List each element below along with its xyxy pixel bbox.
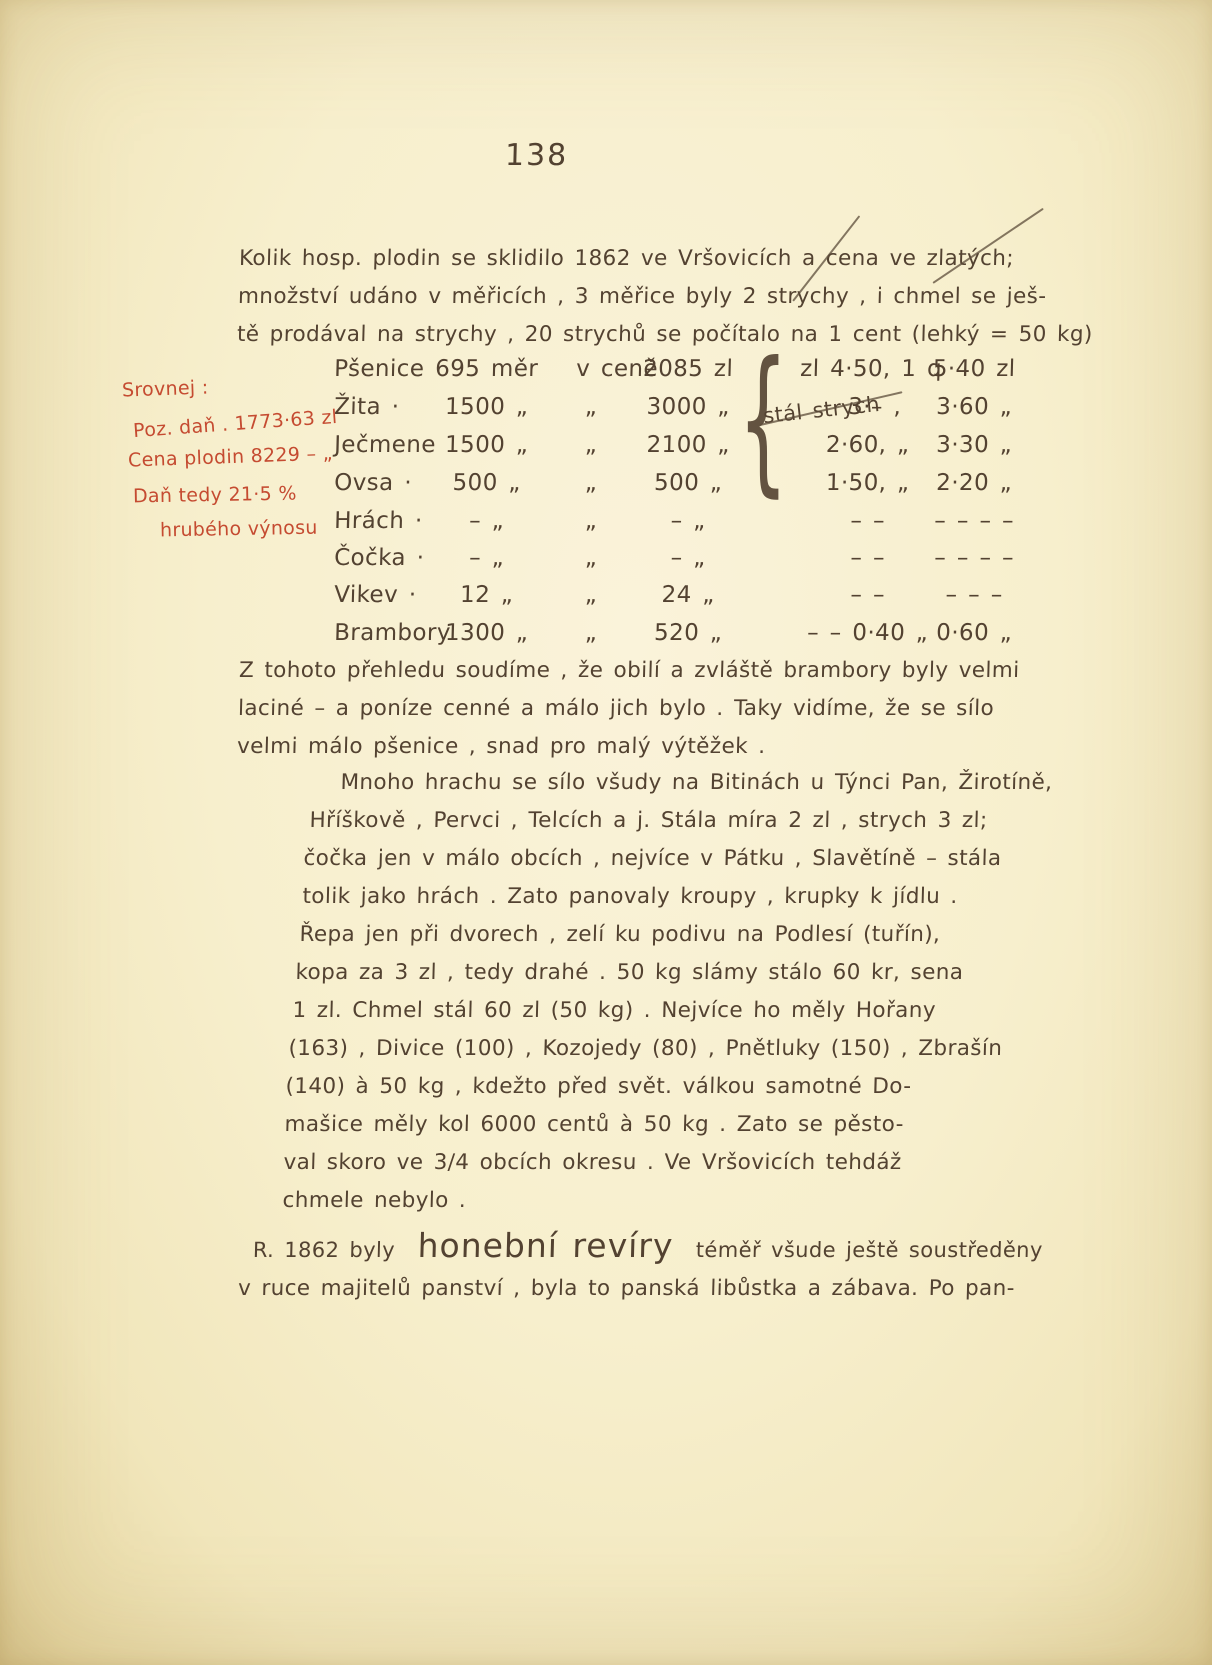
price-low: 2·60, „ [800, 432, 936, 458]
closing-suffix: téměř všude ještě soustředěny [696, 1238, 1044, 1262]
chmel-line: (163) , Divice (100) , Kozojedy (80) , P… [288, 1030, 1046, 1068]
crop-value: – „ [628, 508, 749, 534]
crop-quantity: 500 „ [424, 470, 550, 496]
chmel-line: Hříškově , Pervci , Telcích a j. Stála m… [309, 802, 1052, 840]
manuscript-page: 138 Kolik hosp. plodin se sklidilo 1862 … [0, 0, 1212, 1665]
crop-value: 2085 zl [628, 356, 749, 382]
ditto-mark: „ [576, 582, 607, 608]
chmel-line: čočka jen v málo obcích , nejvíce v Pátk… [303, 840, 1051, 878]
price-low: – – [800, 508, 936, 534]
crop-name: Žita · [334, 394, 400, 420]
price-low: 1·50, „ [800, 470, 936, 496]
price-low: – – 0·40 „ [800, 620, 936, 646]
chmel-paragraph: Mnoho hrachu se sílo všudy na Bitinách u… [282, 764, 1053, 1220]
closing-prefix: R. 1862 byly [253, 1238, 396, 1262]
ditto-mark: „ [576, 394, 607, 420]
crop-value: – „ [628, 545, 749, 571]
page-number: 138 [505, 138, 569, 173]
crop-name: Čočka · [334, 545, 425, 571]
crop-value: 520 „ [628, 620, 749, 646]
summary-line: laciné – a poníze cenné a málo jich bylo… [238, 690, 1020, 728]
ditto-mark: „ [576, 508, 607, 534]
ditto-mark: „ [576, 470, 607, 496]
summary-line: Z tohoto přehledu soudíme , že obilí a z… [238, 652, 1020, 690]
chmel-line: val skoro ve 3/4 obcích okresu . Ve Vršo… [283, 1144, 1043, 1182]
table-row: Čočka · – „ „ – „ – – – – – – [0, 545, 1212, 583]
crop-value: 500 „ [628, 470, 749, 496]
crop-name: Pšenice [334, 356, 425, 382]
chmel-line: (140) à 50 kg , kdežto před svět. válkou… [285, 1068, 1045, 1106]
chmel-line: 1 zl. Chmel stál 60 zl (50 kg) . Nejvíce… [292, 992, 1047, 1030]
chmel-line: mašice měly kol 6000 centů à 50 kg . Zat… [284, 1106, 1044, 1144]
chmel-line: tolik jako hrách . Zato panovaly kroupy … [302, 878, 1050, 916]
price-high: 0·60 „ [928, 620, 1021, 646]
crop-name: Ovsa · [334, 470, 413, 496]
summary-line: velmi málo pšenice , snad pro malý výtěž… [237, 728, 1019, 766]
margin-note-line: hrubého výnosu [160, 517, 318, 542]
price-high: 3·30 „ [928, 432, 1021, 458]
crop-quantity: – „ [424, 545, 550, 571]
ditto-mark: v ceně [576, 356, 607, 382]
crop-name: Ječmene [334, 432, 436, 458]
crop-value: 24 „ [628, 582, 749, 608]
price-high: – – – [928, 582, 1021, 608]
crop-quantity: 1500 „ [424, 432, 550, 458]
chmel-line: kopa za 3 zl , tedy drahé . 50 kg slámy … [295, 954, 1048, 992]
chmel-line: Mnoho hrachu se sílo všudy na Bitinách u… [340, 764, 1053, 802]
chmel-line: Řepa jen při dvorech , zelí ku podivu na… [299, 916, 1049, 954]
price-high: 5·40 zl [928, 356, 1021, 382]
price-low: – – [800, 545, 936, 571]
chmel-line: chmele nebylo . [282, 1182, 1042, 1220]
closing-line-1: R. 1862 byly honební revíry téměř všude … [252, 1226, 1043, 1265]
summary-paragraph: Z tohoto přehledu soudíme , že obilí a z… [237, 652, 1021, 766]
closing-highlight: honební revíry [417, 1226, 674, 1265]
price-low: – – [800, 582, 936, 608]
crop-value: 3000 „ [628, 394, 749, 420]
closing-line-2: v ruce majitelů panství , byla to panská… [238, 1270, 1016, 1308]
crop-quantity: 1300 „ [424, 620, 550, 646]
crop-value: 2100 „ [628, 432, 749, 458]
crop-name: Hrách · [334, 508, 423, 534]
price-low: zl 4·50, 1 q [800, 356, 936, 382]
price-high: 2·20 „ [928, 470, 1021, 496]
intro-line: množství udáno v měřicích , 3 měřice byl… [238, 278, 1095, 316]
ditto-mark: „ [576, 545, 607, 571]
price-high: 3·60 „ [928, 394, 1021, 420]
crop-quantity: 12 „ [424, 582, 550, 608]
intro-line: tě prodával na strychy , 20 strychů se p… [237, 316, 1094, 354]
price-high: – – – – [928, 508, 1021, 534]
price-high: – – – – [928, 545, 1021, 571]
ditto-mark: „ [576, 432, 607, 458]
margin-note-line: Srovnej : [122, 376, 209, 401]
ditto-mark: „ [576, 620, 607, 646]
table-row: Vikev · 12 „ „ 24 „ – – – – – [0, 582, 1212, 620]
intro-paragraph: Kolik hosp. plodin se sklidilo 1862 ve V… [237, 240, 1096, 354]
crop-quantity: 1500 „ [424, 394, 550, 420]
crop-quantity: – „ [424, 508, 550, 534]
margin-note-line: Daň tedy 21·5 % [133, 483, 297, 508]
crop-name: Vikev · [334, 582, 417, 608]
crop-quantity: 695 měr [424, 356, 550, 382]
